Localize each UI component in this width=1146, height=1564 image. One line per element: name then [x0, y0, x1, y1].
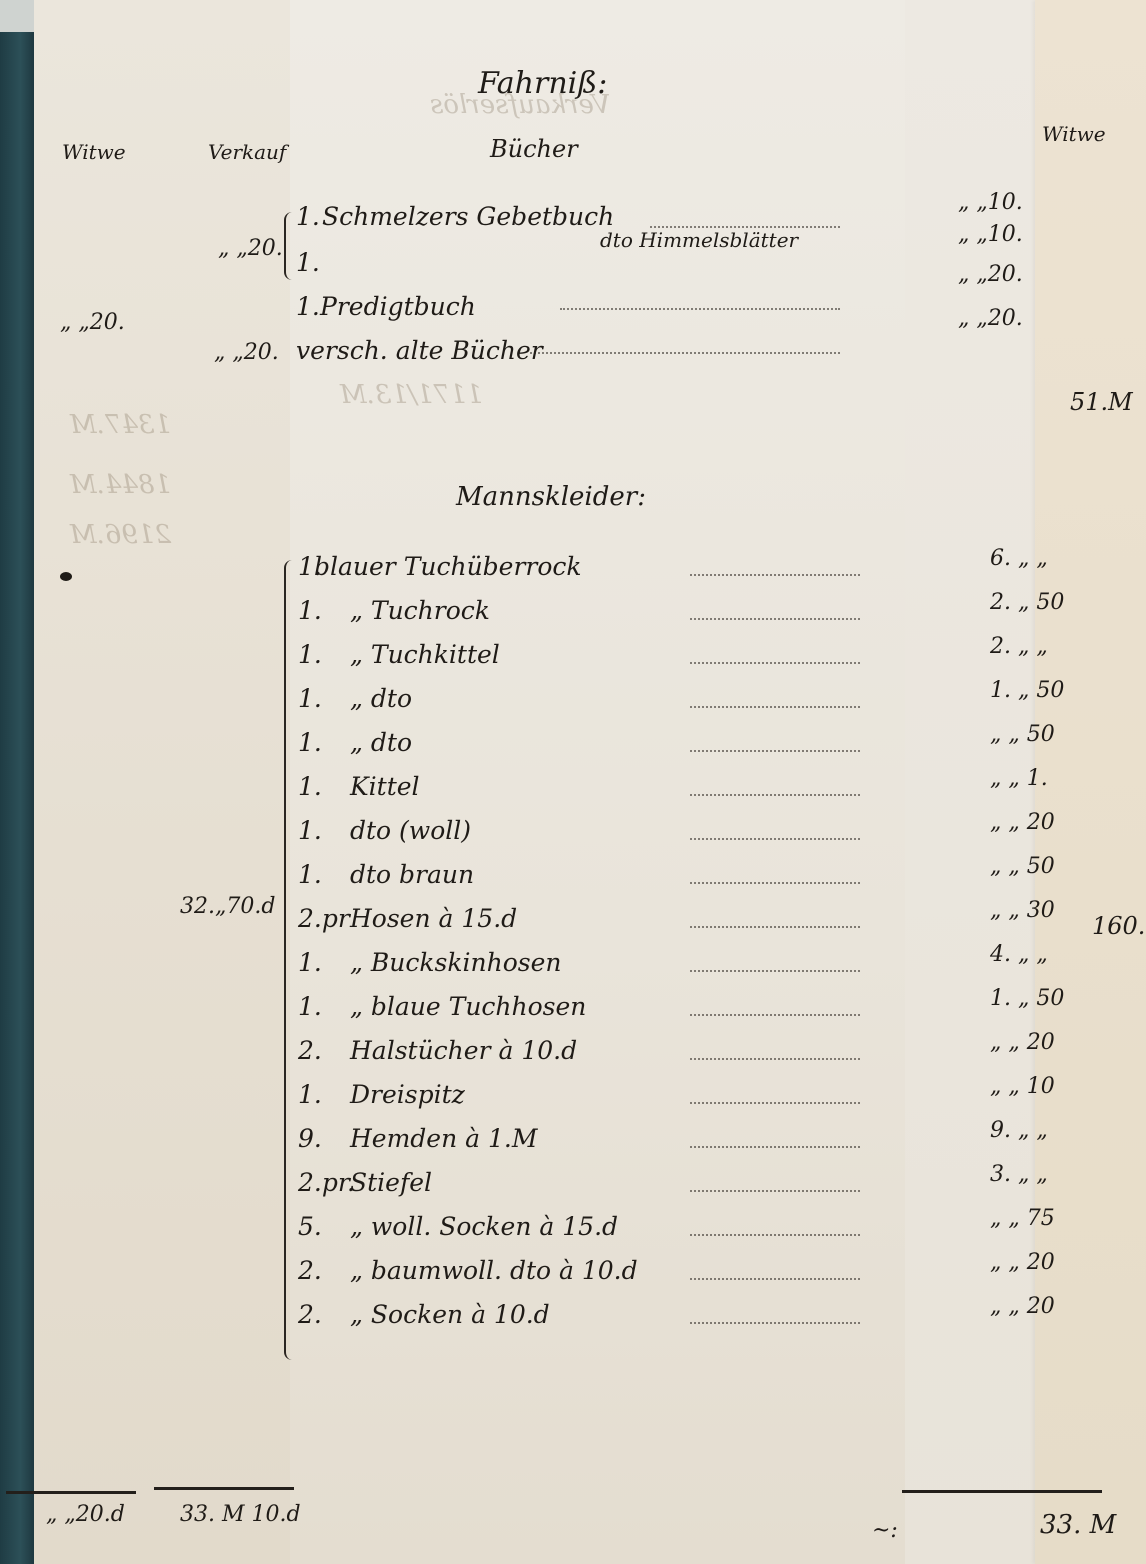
column-header-witwe-left: Witwe [62, 140, 126, 164]
leader-dots [690, 926, 860, 928]
list-item-desc: „ Buckskinhosen [350, 948, 561, 977]
page-far-right [1035, 0, 1146, 1564]
leader-dots [560, 308, 840, 310]
list-item-qty: 2. [298, 1036, 322, 1065]
leader-dots [690, 1234, 860, 1236]
list-item-desc: Stiefel [350, 1168, 432, 1197]
list-item-desc: Halstücher à 10.d [350, 1036, 577, 1065]
bleed-through-text: 1171/13.M [340, 380, 483, 410]
total-witwe-left: „ „20.d [46, 1502, 125, 1527]
list-item-value: „ „ 20 [990, 1030, 1055, 1055]
list-item-qty: 1. [298, 728, 322, 757]
list-item-qty: 2. [298, 1300, 322, 1329]
list-item-desc: „ dto [350, 684, 412, 713]
list-item-qty: 1. [298, 596, 322, 625]
list-item-desc: Predigtbuch [320, 292, 476, 321]
section-heading-buecher: Bücher [490, 135, 578, 163]
list-item-value: „ „ 50 [990, 854, 1055, 879]
list-item-value: „ „ 20 [990, 1294, 1055, 1319]
leader-dots [690, 706, 860, 708]
list-item-desc: „ Tuchkittel [350, 640, 500, 669]
list-item-qty: 1. [298, 684, 322, 713]
buecher-group-amount: „ „20. [218, 236, 283, 261]
list-item-desc: Hosen à 15.d [350, 904, 517, 933]
list-item-desc: „ woll. Socken à 15.d [350, 1212, 618, 1241]
list-item-desc: Dreispitz [350, 1080, 465, 1109]
list-item-qty: 1. [298, 816, 322, 845]
brace-mannskleider [284, 560, 296, 1360]
total-verkauf: 33. M 10.d [180, 1502, 301, 1527]
bleed-through-text: 1844.M [70, 470, 171, 500]
list-item-qty: 2.pr [298, 904, 350, 933]
brace-buecher [284, 212, 296, 280]
list-item-value: 2. „ „ [990, 634, 1048, 659]
list-item-desc: „ blaue Tuchhosen [350, 992, 586, 1021]
list-item-desc: Kittel [350, 772, 420, 801]
leader-dots [690, 750, 860, 752]
list-item-qty: 1. [298, 860, 322, 889]
list-item-qty: 1. [296, 202, 320, 231]
bleed-through-text: 1347.M [70, 410, 171, 440]
leader-dots [690, 882, 860, 884]
list-item-desc: „ dto [350, 728, 412, 757]
total-rule-verkauf [154, 1487, 294, 1490]
list-item-value: „ „ 20 [990, 1250, 1055, 1275]
total-rule-right [902, 1490, 1102, 1493]
book-spine [0, 30, 34, 1564]
list-item-desc: „ Tuchrock [350, 596, 490, 625]
list-item-value: „ „ 75 [990, 1206, 1055, 1231]
list-item-value: „ „20. [958, 306, 1023, 331]
list-item-value: 9. „ „ [990, 1118, 1048, 1143]
list-item-qty: 1. [298, 948, 322, 977]
leader-dots [690, 1014, 860, 1016]
list-item-value: 1. „ 50 [990, 678, 1064, 703]
list-item-desc: Schmelzers Gebetbuch [322, 202, 614, 231]
list-item-qty: 1. [296, 248, 320, 277]
list-item-desc: dto braun [350, 860, 474, 889]
list-item-value: 2. „ 50 [990, 590, 1064, 615]
list-item-qty: 1. [298, 640, 322, 669]
leader-dots [690, 574, 860, 576]
bleed-through-text: 2196.M [70, 520, 171, 550]
list-item-value: „ „10. [958, 190, 1023, 215]
mannskleider-group-amount: 32.„70.d [180, 894, 275, 919]
witwe-amount: „ „20. [60, 310, 125, 335]
book-spine-top [0, 0, 34, 32]
column-header-witwe-right: Witwe [1042, 122, 1106, 146]
leader-dots [690, 970, 860, 972]
list-item-desc: versch. alte Bücher [296, 336, 543, 365]
leader-dots [690, 618, 860, 620]
list-item-qty: 1. [298, 992, 322, 1021]
list-item-desc: dto Himmelsblätter [600, 228, 798, 252]
leader-dots [690, 1058, 860, 1060]
list-item-value: „ „10. [958, 222, 1023, 247]
list-item-value: 3. „ „ [990, 1162, 1048, 1187]
list-item-qty: 2. [298, 1256, 322, 1285]
list-item-value: 6. „ „ [990, 546, 1048, 571]
verkauf-amount: „ „20. [214, 340, 279, 365]
list-item-desc: Hemden à 1.M [350, 1124, 537, 1153]
leader-dots [690, 662, 860, 664]
list-item-desc: „ Socken à 10.d [350, 1300, 550, 1329]
list-item-value: „ „20. [958, 262, 1023, 287]
ink-blot [60, 572, 72, 581]
document-title: Fahrniß: [478, 66, 607, 101]
list-item-value: „ „ 10 [990, 1074, 1055, 1099]
column-header-verkauf: Verkauf [208, 140, 286, 164]
list-item-value: „ „ 50 [990, 722, 1055, 747]
buecher-subtotal: 51.M [1070, 388, 1133, 416]
list-item-qty: 9. [298, 1124, 322, 1153]
leader-dots [690, 838, 860, 840]
leader-dots [690, 1190, 860, 1192]
mannskleider-subtotal: 160. [1092, 912, 1145, 940]
leader-dots [690, 1322, 860, 1324]
section-heading-mannskleider: Mannskleider: [456, 482, 646, 512]
total-witwe-right: 33. M [1040, 1510, 1116, 1540]
list-item-qty: 1. [298, 772, 322, 801]
list-item-value: „ „ 20 [990, 810, 1055, 835]
list-item-value: „ „ 1. [990, 766, 1048, 791]
list-item-desc: dto (woll) [350, 816, 471, 845]
leader-dots [690, 1146, 860, 1148]
list-item-qty: 2.pr. [298, 1168, 355, 1197]
leader-dots [530, 352, 840, 354]
leader-dots [690, 1102, 860, 1104]
total-rule-left [6, 1491, 136, 1494]
list-item-desc: blauer Tuchüberrock [314, 552, 582, 581]
list-item-value: 4. „ „ [990, 942, 1048, 967]
leader-dots [690, 794, 860, 796]
carry-mark: ~: [872, 1518, 898, 1543]
list-item-value: „ „ 30 [990, 898, 1055, 923]
list-item-qty: 1. [298, 1080, 322, 1109]
list-item-qty: 1. [296, 292, 320, 321]
list-item-qty: 5. [298, 1212, 322, 1241]
list-item-value: 1. „ 50 [990, 986, 1064, 1011]
list-item-desc: „ baumwoll. dto à 10.d [350, 1256, 638, 1285]
leader-dots [690, 1278, 860, 1280]
